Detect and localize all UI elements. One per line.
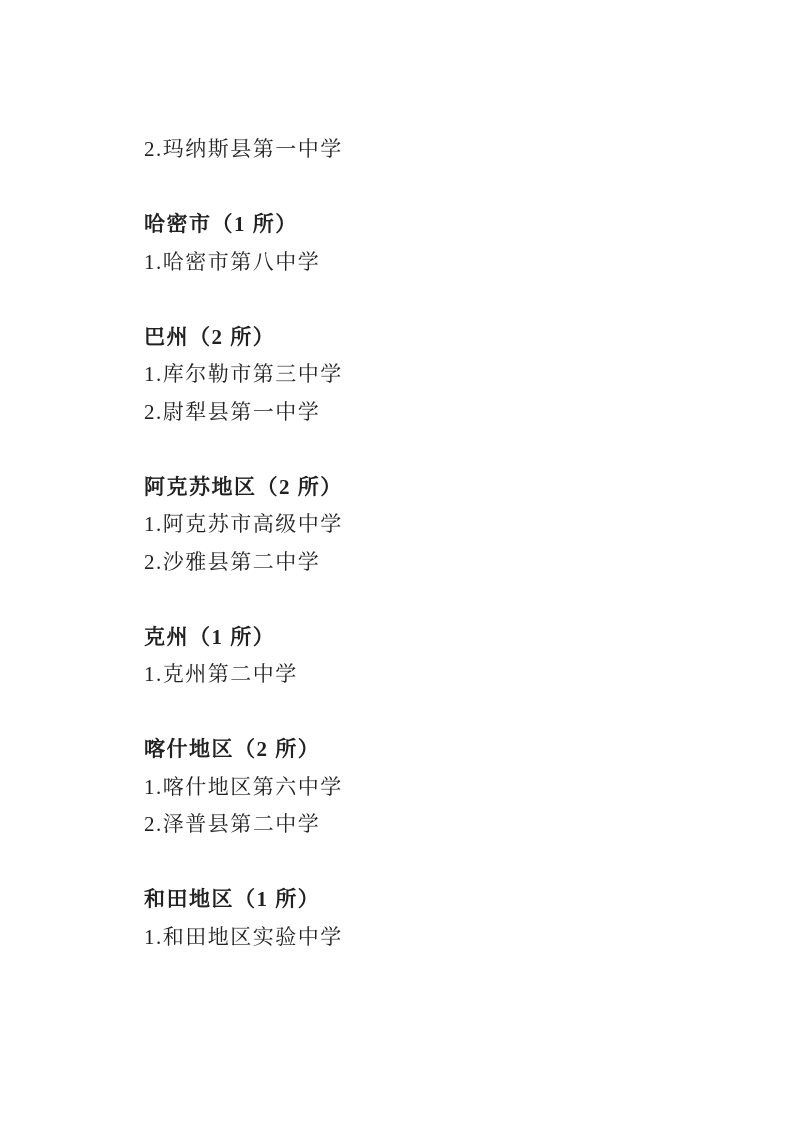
region-header: 喀什地区（2 所） — [144, 731, 664, 769]
region-section-kezhou: 克州（1 所） 1.克州第二中学 — [144, 619, 664, 694]
school-list-item: 2.泽普县第二中学 — [144, 806, 664, 844]
region-header: 哈密市（1 所） — [144, 206, 664, 244]
region-section-hami: 哈密市（1 所） 1.哈密市第八中学 — [144, 206, 664, 281]
region-header: 阿克苏地区（2 所） — [144, 469, 664, 507]
school-list-item: 1.克州第二中学 — [144, 656, 664, 694]
school-list-item: 1.喀什地区第六中学 — [144, 769, 664, 807]
school-list-item: 1.阿克苏市高级中学 — [144, 506, 664, 544]
school-list-item: 1.哈密市第八中学 — [144, 244, 664, 282]
school-list-item: 2.玛纳斯县第一中学 — [144, 131, 664, 169]
school-list-item: 2.尉犁县第一中学 — [144, 394, 664, 432]
region-section-kashi: 喀什地区（2 所） 1.喀什地区第六中学 2.泽普县第二中学 — [144, 731, 664, 844]
region-section-hetian: 和田地区（1 所） 1.和田地区实验中学 — [144, 881, 664, 956]
region-header: 巴州（2 所） — [144, 319, 664, 357]
school-list-item: 2.沙雅县第二中学 — [144, 544, 664, 582]
page-content: 2.玛纳斯县第一中学 哈密市（1 所） 1.哈密市第八中学 巴州（2 所） 1.… — [144, 131, 664, 956]
region-section-akesu: 阿克苏地区（2 所） 1.阿克苏市高级中学 2.沙雅县第二中学 — [144, 469, 664, 582]
school-list-item: 1.库尔勒市第三中学 — [144, 356, 664, 394]
region-section-bazhou: 巴州（2 所） 1.库尔勒市第三中学 2.尉犁县第一中学 — [144, 319, 664, 432]
school-list-item: 1.和田地区实验中学 — [144, 919, 664, 957]
region-header: 和田地区（1 所） — [144, 881, 664, 919]
region-header: 克州（1 所） — [144, 619, 664, 657]
document-page: 2.玛纳斯县第一中学 哈密市（1 所） 1.哈密市第八中学 巴州（2 所） 1.… — [0, 0, 793, 1122]
